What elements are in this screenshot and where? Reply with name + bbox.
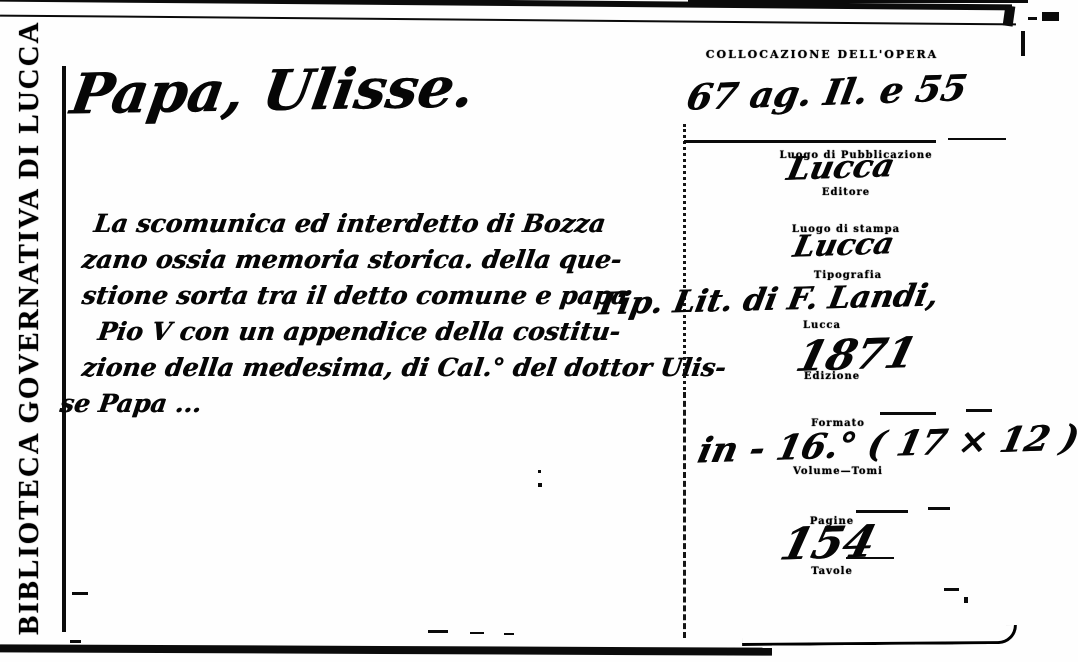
scan-mark [1042,12,1059,21]
scan-mark [1028,17,1037,20]
scan-mark [1021,31,1025,56]
collocazione-underline [684,140,936,143]
body-line: zano ossia memoria storica. della que- [79,242,728,278]
bottom-border-curve [742,625,1017,646]
top-border-line-thin [0,15,1016,26]
tipografia-value: Tip. Lit. di F. Landi, [592,278,941,323]
lucca-label: Lucca [803,320,841,331]
heading-author: Papa, Ulisse. [66,55,479,128]
catalog-card-scan: BIBLIOTECA GOVERNATIVA DI LUCCA Papa, Ul… [0,0,1078,662]
body-line: se Papa ... [57,386,728,422]
scan-mark [856,510,908,513]
volume-tomi-label: Volume—Tomi [793,466,883,477]
scan-mark [928,507,950,510]
column-divider [683,392,686,638]
body-line: La scomunica ed interdetto di Bozza [91,206,728,242]
scan-mark [846,557,894,559]
formato-value: in - 16.° ( 17 × 12 ) [694,417,1078,471]
collocazione-value: 67 ag. Il. e 55 [683,67,970,119]
scan-mark [470,632,484,634]
scan-mark [966,409,992,412]
collocazione-label: COLLOCAZIONE DELL'OPERA [706,48,938,61]
top-border-line-right [688,0,1028,3]
luogo-pubblicazione-value: Lucca [784,146,898,188]
scan-mark [538,483,542,487]
luogo-stampa-value: Lucca [790,226,897,264]
pagine-value: 154 [775,516,881,570]
scan-mark [538,470,541,473]
left-vertical-rule [62,66,66,632]
tavole-label: Tavole [811,566,853,577]
library-name-vertical: BIBLIOTECA GOVERNATIVA DI LUCCA [13,35,55,635]
scan-mark [880,412,936,415]
scan-mark [428,630,448,633]
scan-mark [944,588,959,591]
scan-mark [964,597,968,603]
body-line: zione della medesima, di Cal.° del dotto… [79,350,728,386]
column-divider [683,124,686,390]
bottom-border-line [0,644,772,655]
scan-mark [70,640,81,643]
edizione-label: Edizione [804,371,860,382]
editore-label: Editore [822,187,870,198]
scan-mark [72,592,88,595]
collocazione-underline [948,138,1006,140]
scan-mark [504,633,514,635]
